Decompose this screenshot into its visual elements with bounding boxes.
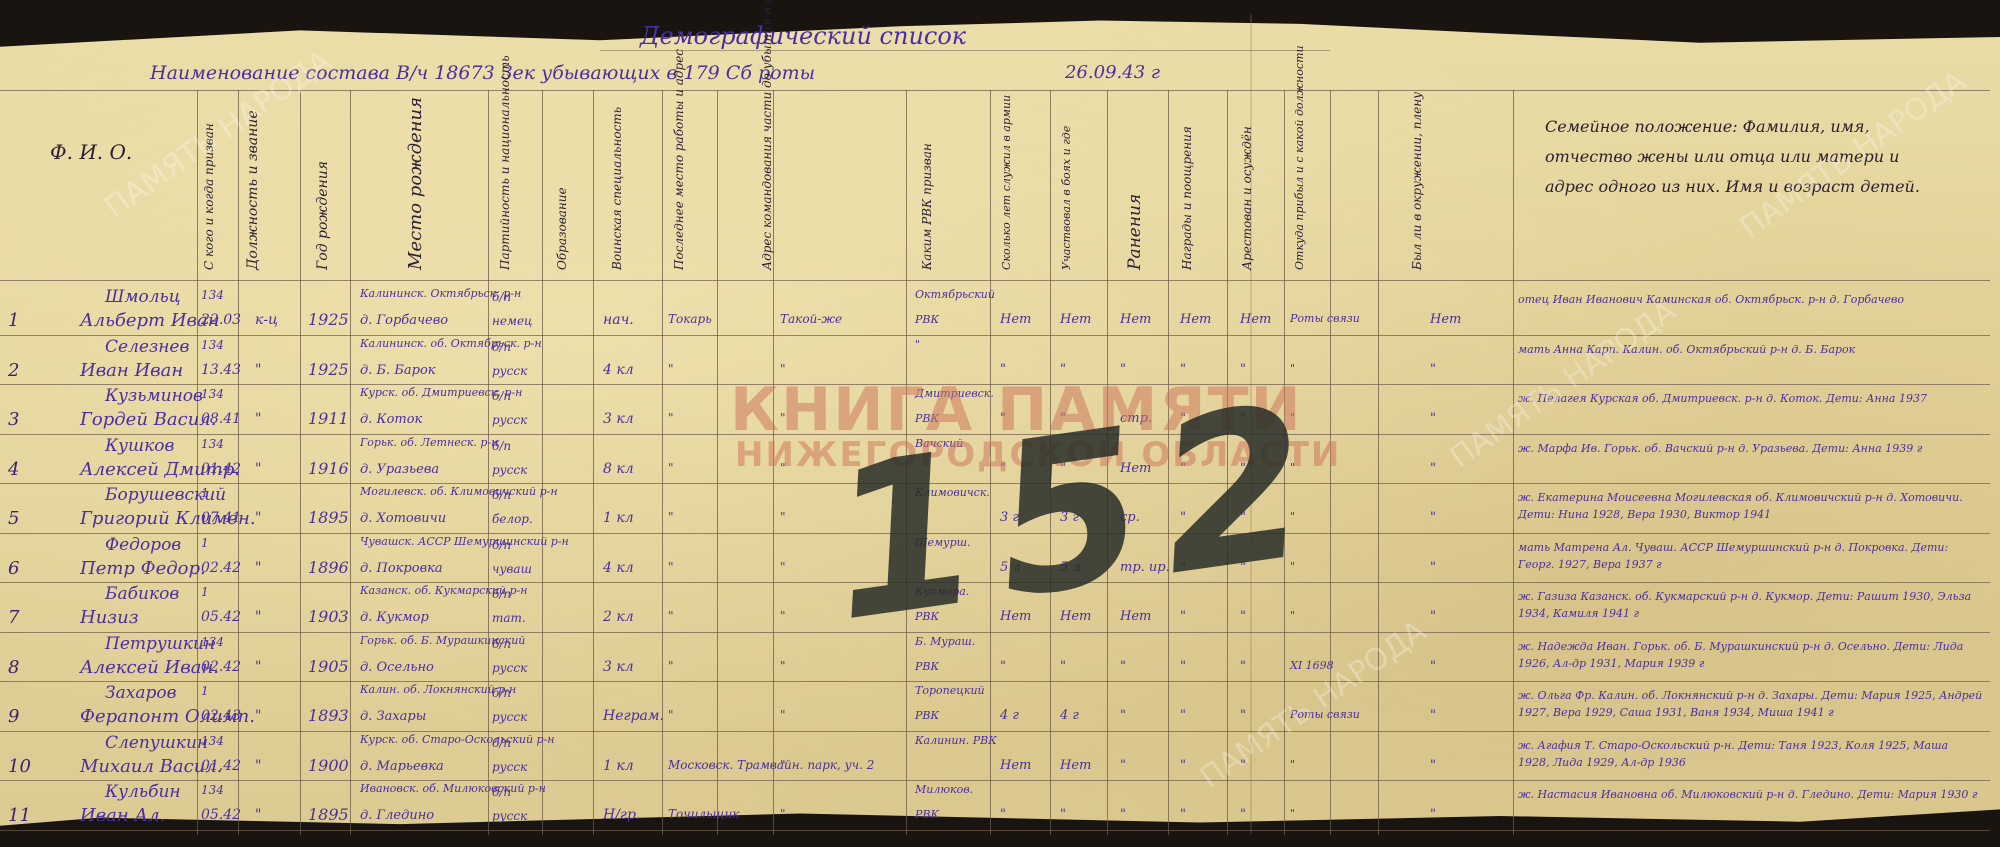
nationality: белор. — [492, 512, 533, 526]
battles: Нет — [1060, 758, 1091, 773]
education: 1 кл — [603, 510, 634, 526]
encirclement: Нет — [1430, 312, 1461, 327]
unit: 1 — [201, 585, 209, 599]
title-underline — [600, 50, 1330, 51]
birth-year: 1925 — [308, 360, 349, 379]
unit: 134 — [201, 783, 224, 797]
unit: 1 — [201, 486, 209, 500]
rvk-name: " — [915, 338, 920, 351]
rank: " — [255, 510, 261, 526]
wounds: " — [1120, 659, 1126, 674]
awards: " — [1180, 659, 1186, 674]
header-party: Партийность и национальность — [498, 110, 512, 270]
unit: 134 — [201, 734, 224, 748]
unit: 1 — [201, 684, 209, 698]
surname: Селезнев — [105, 337, 189, 357]
birthplace-village: д. Уразьева — [360, 462, 439, 477]
last-work: " — [668, 461, 674, 475]
unit: 134 — [201, 338, 224, 352]
birthplace-village: д. Осельно — [360, 660, 434, 675]
battles: 4 г — [1060, 708, 1079, 723]
party: б/п — [492, 785, 511, 799]
grid-line — [717, 90, 718, 835]
last-work: " — [668, 411, 674, 425]
encirclement: " — [1430, 659, 1436, 674]
header-fio: Ф. И. О. — [50, 140, 132, 164]
birthplace-village: д. Захары — [360, 709, 426, 724]
birthplace-village: д. Б. Барок — [360, 363, 436, 378]
education: 4 кл — [603, 362, 634, 378]
awards: Нет — [1180, 312, 1211, 327]
years-served: " — [1000, 659, 1006, 674]
rank: к-ц — [255, 312, 278, 328]
nationality: русск — [492, 710, 527, 724]
party: б/п — [492, 538, 511, 552]
encirclement: " — [1430, 609, 1436, 624]
given-names: Алексей Иван. — [80, 657, 219, 678]
header-rvk: Каким РВК призван — [920, 110, 934, 270]
last-work: Токарь — [668, 312, 712, 326]
birth-year: 1900 — [308, 756, 349, 775]
nationality: русск — [492, 463, 527, 477]
header-arrested: Арестован и осуждён — [1240, 110, 1254, 270]
unit: 134 — [201, 635, 224, 649]
row-number: 8 — [8, 657, 19, 678]
called-date: 01.42 — [201, 758, 241, 774]
last-work: " — [668, 708, 674, 722]
surname: Бабиков — [105, 584, 179, 604]
called-date: 02.42 — [201, 659, 241, 675]
rank: " — [255, 758, 261, 774]
birthplace-village: д. Коток — [360, 412, 422, 427]
address: " — [780, 609, 786, 623]
row-number: 9 — [8, 706, 19, 727]
address: " — [780, 510, 786, 524]
encirclement: " — [1430, 758, 1436, 773]
rvk-suffix: РВК — [915, 660, 939, 673]
header-wounds: Ранения — [1125, 110, 1145, 270]
header-specialty: Воинская специальность — [610, 110, 624, 270]
birth-year: 1893 — [308, 706, 349, 725]
unit: 134 — [201, 288, 224, 302]
origin: Роты связи — [1290, 312, 1360, 325]
grid-line — [1378, 90, 1379, 835]
grid-line — [300, 90, 301, 835]
called-date: 05.42 — [201, 609, 241, 625]
row-number: 6 — [8, 558, 19, 579]
given-names: Гордей Васил. — [80, 409, 216, 430]
header-encircle: Был ли в окружении, плену — [1410, 110, 1424, 270]
address: " — [780, 659, 786, 673]
awards: " — [1180, 758, 1186, 773]
header-battles: Участвовал в боях и где — [1060, 110, 1073, 270]
wounds: " — [1120, 758, 1126, 773]
family-info: ж. Екатерина Моисеевна Могилевская об. К… — [1518, 489, 1983, 523]
battles: " — [1060, 659, 1066, 674]
family-info: мать Матрена Ал. Чуваш. АССР Шемуршински… — [1518, 539, 1983, 573]
encirclement: " — [1430, 560, 1436, 575]
called-date: 02.42 — [201, 560, 241, 576]
given-names: Низиз — [80, 607, 139, 628]
family-info: ж. Пелагея Курская об. Дмитриевск. р-н д… — [1518, 390, 1983, 407]
row-number: 5 — [8, 508, 19, 529]
rank: " — [255, 708, 261, 724]
encirclement: " — [1430, 362, 1436, 377]
grid-line — [0, 731, 1990, 732]
birth-year: 1905 — [308, 657, 349, 676]
education: 2 кл — [603, 609, 634, 625]
years-served: " — [1000, 807, 1006, 822]
rvk-name: Милюков. — [915, 783, 973, 796]
surname: Кушков — [105, 436, 174, 456]
rank: " — [255, 560, 261, 576]
birth-year: 1895 — [308, 508, 349, 527]
given-names: Иван Иван — [80, 360, 183, 381]
party: б/п — [492, 587, 511, 601]
row-number: 3 — [8, 409, 19, 430]
rvk-suffix: РВК — [915, 709, 939, 722]
arrested: Нет — [1240, 312, 1271, 327]
rank: " — [255, 461, 261, 477]
called-date: 02.43 — [201, 708, 241, 724]
years-served: Нет — [1000, 312, 1031, 327]
grid-line — [542, 90, 543, 835]
birth-year: 1916 — [308, 459, 349, 478]
rvk-suffix: РВК — [915, 313, 939, 326]
rvk-name: Калинин. РВК — [915, 734, 997, 747]
nationality: русск — [492, 661, 527, 675]
row-number: 7 — [8, 607, 19, 628]
header-served: Сколько лет служил в армии — [1000, 110, 1013, 270]
arrested: " — [1240, 659, 1246, 674]
birth-year: 1895 — [308, 805, 349, 824]
address: " — [780, 807, 786, 821]
header-address: Адрес командования части до убытия в арм… — [760, 110, 774, 270]
rank: " — [255, 411, 261, 427]
surname: Кульбин — [105, 782, 181, 802]
encirclement: " — [1430, 461, 1436, 476]
wounds: " — [1120, 708, 1126, 723]
last-work: " — [668, 659, 674, 673]
rank: " — [255, 659, 261, 675]
header-education: Образование — [555, 110, 569, 270]
family-info: ж. Настасия Ивановна об. Милюковский р-н… — [1518, 786, 1983, 803]
surname: Петрушкин — [105, 634, 215, 654]
header-birth-year: Год рождения — [315, 110, 331, 270]
grid-line — [1513, 90, 1514, 835]
origin: " — [1290, 609, 1295, 622]
grid-line — [0, 681, 1990, 682]
education: 1 кл — [603, 758, 634, 774]
birthplace-village: д. Покровка — [360, 561, 443, 576]
surname: Федоров — [105, 535, 181, 555]
surname: Шмольц — [105, 287, 181, 307]
family-info: ж. Марфа Ив. Горьк. об. Вачский р-н д. У… — [1518, 440, 1983, 457]
called-date: 22.03 — [201, 312, 241, 328]
grid-line — [0, 780, 1990, 781]
unit: 134 — [201, 437, 224, 451]
years-served: Нет — [1000, 758, 1031, 773]
grid-line — [350, 90, 351, 835]
nationality: русск — [492, 413, 527, 427]
education: 3 кл — [603, 411, 634, 427]
birth-year: 1903 — [308, 607, 349, 626]
grid-line — [488, 90, 489, 835]
encirclement: " — [1430, 708, 1436, 723]
birthplace-village: д. Хотовичи — [360, 511, 446, 526]
family-info: отец Иван Иванович Каминская об. Октябрь… — [1518, 291, 1983, 308]
party: б/п — [492, 686, 511, 700]
family-info: ж. Надежда Иван. Горьк. об. Б. Мурашкинс… — [1518, 638, 1983, 672]
row-number: 10 — [8, 756, 31, 777]
surname: Захаров — [105, 683, 176, 703]
rvk-suffix: РВК — [915, 808, 939, 821]
header-last-work: Последнее место работы и адрес — [672, 110, 686, 270]
nationality: немец — [492, 314, 532, 328]
called-date: 13.43 — [201, 362, 241, 378]
arrested: " — [1240, 807, 1246, 822]
row-number: 11 — [8, 805, 31, 826]
awards: " — [1180, 807, 1186, 822]
origin: XI 1698 — [1290, 659, 1334, 672]
birth-year: 1896 — [308, 558, 349, 577]
encirclement: " — [1430, 510, 1436, 525]
nationality: тат. — [492, 611, 526, 625]
birthplace-region: Курск. об. Старо-Оскольский р-н — [360, 733, 555, 746]
grid-line — [0, 280, 1990, 281]
row-number: 1 — [8, 310, 19, 331]
header-origin: Откуда прибыл и с какой должности — [1293, 110, 1306, 270]
nationality: русск — [492, 809, 527, 823]
rank: " — [255, 807, 261, 823]
education: 8 кл — [603, 461, 634, 477]
called-date: 08.41 — [201, 411, 241, 427]
surname: Кузьминов — [105, 386, 203, 406]
birthplace-region: Горьк. об. Летнеск. р-н — [360, 436, 498, 449]
wounds: " — [1120, 807, 1126, 822]
wounds: Нет — [1120, 312, 1151, 327]
last-work: " — [668, 560, 674, 574]
birthplace-village: д. Горбачево — [360, 313, 448, 328]
nationality: чуваш — [492, 562, 532, 576]
party: б/п — [492, 389, 511, 403]
battles: " — [1060, 807, 1066, 822]
encirclement: " — [1430, 411, 1436, 426]
document-title: Демографический список — [640, 22, 966, 50]
birth-year: 1911 — [308, 409, 349, 428]
rank: " — [255, 362, 261, 378]
education: 3 кл — [603, 659, 634, 675]
birthplace-region: Могилевск. об. Климовичский р-н — [360, 485, 558, 498]
grid-line — [593, 90, 594, 835]
called-date: 01.42 — [201, 461, 241, 477]
address: " — [780, 758, 786, 772]
row-number: 4 — [8, 459, 19, 480]
last-work: Московск. Трамвайн. парк, уч. 2 — [668, 758, 874, 772]
years-served: 4 г — [1000, 708, 1019, 723]
party: б/п — [492, 736, 511, 750]
arrested: " — [1240, 708, 1246, 723]
document-subtitle: Наименование состава В/ч 18673 Зек убыва… — [150, 62, 815, 84]
birthplace-region: Чувашск. АССР Шемуршинский р-н — [360, 535, 569, 548]
birthplace-region: Ивановск. об. Милюковский р-н — [360, 782, 546, 795]
party: б/п — [492, 340, 511, 354]
header-awards: Награды и поощрения — [1180, 110, 1194, 270]
origin: " — [1290, 807, 1295, 820]
nationality: русск — [492, 364, 527, 378]
education: Н/гр. — [603, 807, 640, 823]
birthplace-village: д. Марьевка — [360, 759, 444, 774]
grid-line — [0, 335, 1990, 336]
rank: " — [255, 609, 261, 625]
party: б/п — [492, 488, 511, 502]
grid-line — [0, 830, 1990, 831]
party: б/п — [492, 290, 511, 304]
party: б/п — [492, 439, 511, 453]
given-names: Альберт Иван — [80, 310, 220, 331]
birthplace-region: Калининск. об. Октябрьск. р-н — [360, 337, 542, 350]
last-work: Точильщик — [668, 807, 740, 821]
address: Такой-же — [780, 312, 842, 326]
encirclement: " — [1430, 807, 1436, 822]
header-birthplace: Место рождения — [405, 110, 426, 270]
birth-year: 1925 — [308, 310, 349, 329]
last-work: " — [668, 510, 674, 524]
unit: 134 — [201, 387, 224, 401]
address: " — [780, 362, 786, 376]
awards: " — [1180, 708, 1186, 723]
rvk-name: Торопецкий — [915, 684, 985, 697]
education: 4 кл — [603, 560, 634, 576]
called-date: 05.42 — [201, 807, 241, 823]
called-date: 07.41 — [201, 510, 241, 526]
family-info: ж. Ольга Фр. Калин. об. Локнянский р-н д… — [1518, 687, 1983, 721]
address: " — [780, 708, 786, 722]
birthplace-village: д. Кукмор — [360, 610, 429, 625]
family-info: ж. Агафия Т. Старо-Оскольский р-н. Дети:… — [1518, 737, 1983, 771]
rvk-name: Октябрьский — [915, 288, 995, 301]
row-number: 2 — [8, 360, 19, 381]
last-work: " — [668, 609, 674, 623]
surname: Слепушкин — [105, 733, 208, 753]
given-names: Петр Федор. — [80, 558, 206, 579]
battles: Нет — [1060, 312, 1091, 327]
address: " — [780, 560, 786, 574]
document-date: 26.09.43 г — [1065, 62, 1160, 83]
education: нач. — [603, 312, 634, 328]
origin: " — [1290, 758, 1295, 771]
nationality: русск — [492, 760, 527, 774]
education: Неграм. — [603, 708, 664, 724]
unit: 1 — [201, 536, 209, 550]
party: б/п — [492, 637, 511, 651]
birthplace-village: д. Гледино — [360, 808, 434, 823]
given-names: Иван Ал. — [80, 805, 165, 826]
last-work: " — [668, 362, 674, 376]
family-info: ж. Газиза Казанск. об. Кукмарский р-н д.… — [1518, 588, 1983, 622]
